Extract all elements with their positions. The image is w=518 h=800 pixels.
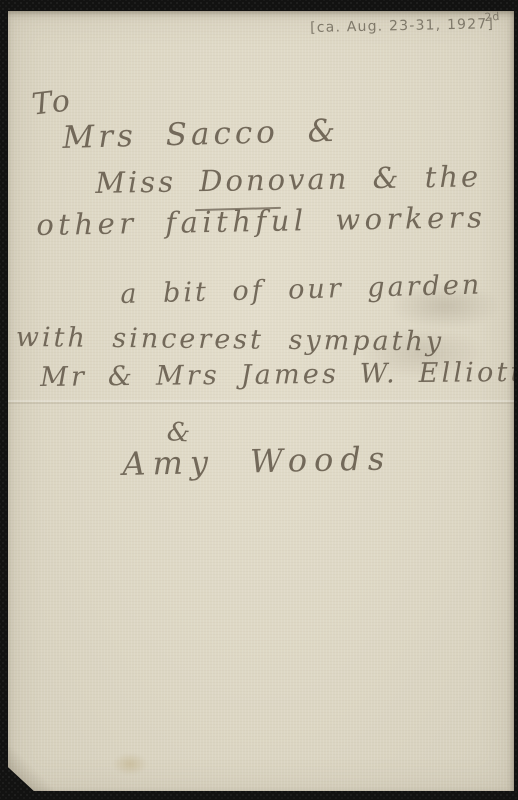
recipient-line-mrs-sacco: Mrs Sacco & — [62, 113, 340, 156]
recipient-line-other-workers: other faithful workers — [36, 200, 487, 242]
recipient-line-miss-donovan: Miss Donovan & the — [95, 159, 481, 200]
signature-line-amy-woods: Amy Woods — [122, 439, 392, 483]
ink-showthrough-smudge — [358, 327, 488, 379]
fold-crease — [8, 400, 514, 404]
ink-showthrough-smudge — [390, 283, 500, 329]
archival-date-annotation: [ca. Aug. 23-31, 1927] — [310, 16, 494, 36]
salutation-to: To — [30, 83, 74, 123]
photo-background: 2d [ca. Aug. 23-31, 1927] To Mrs Sacco &… — [0, 0, 518, 800]
letter-page: 2d [ca. Aug. 23-31, 1927] To Mrs Sacco &… — [8, 11, 514, 791]
clipped-corner-shadow — [8, 747, 54, 791]
paper-stain — [113, 753, 147, 775]
